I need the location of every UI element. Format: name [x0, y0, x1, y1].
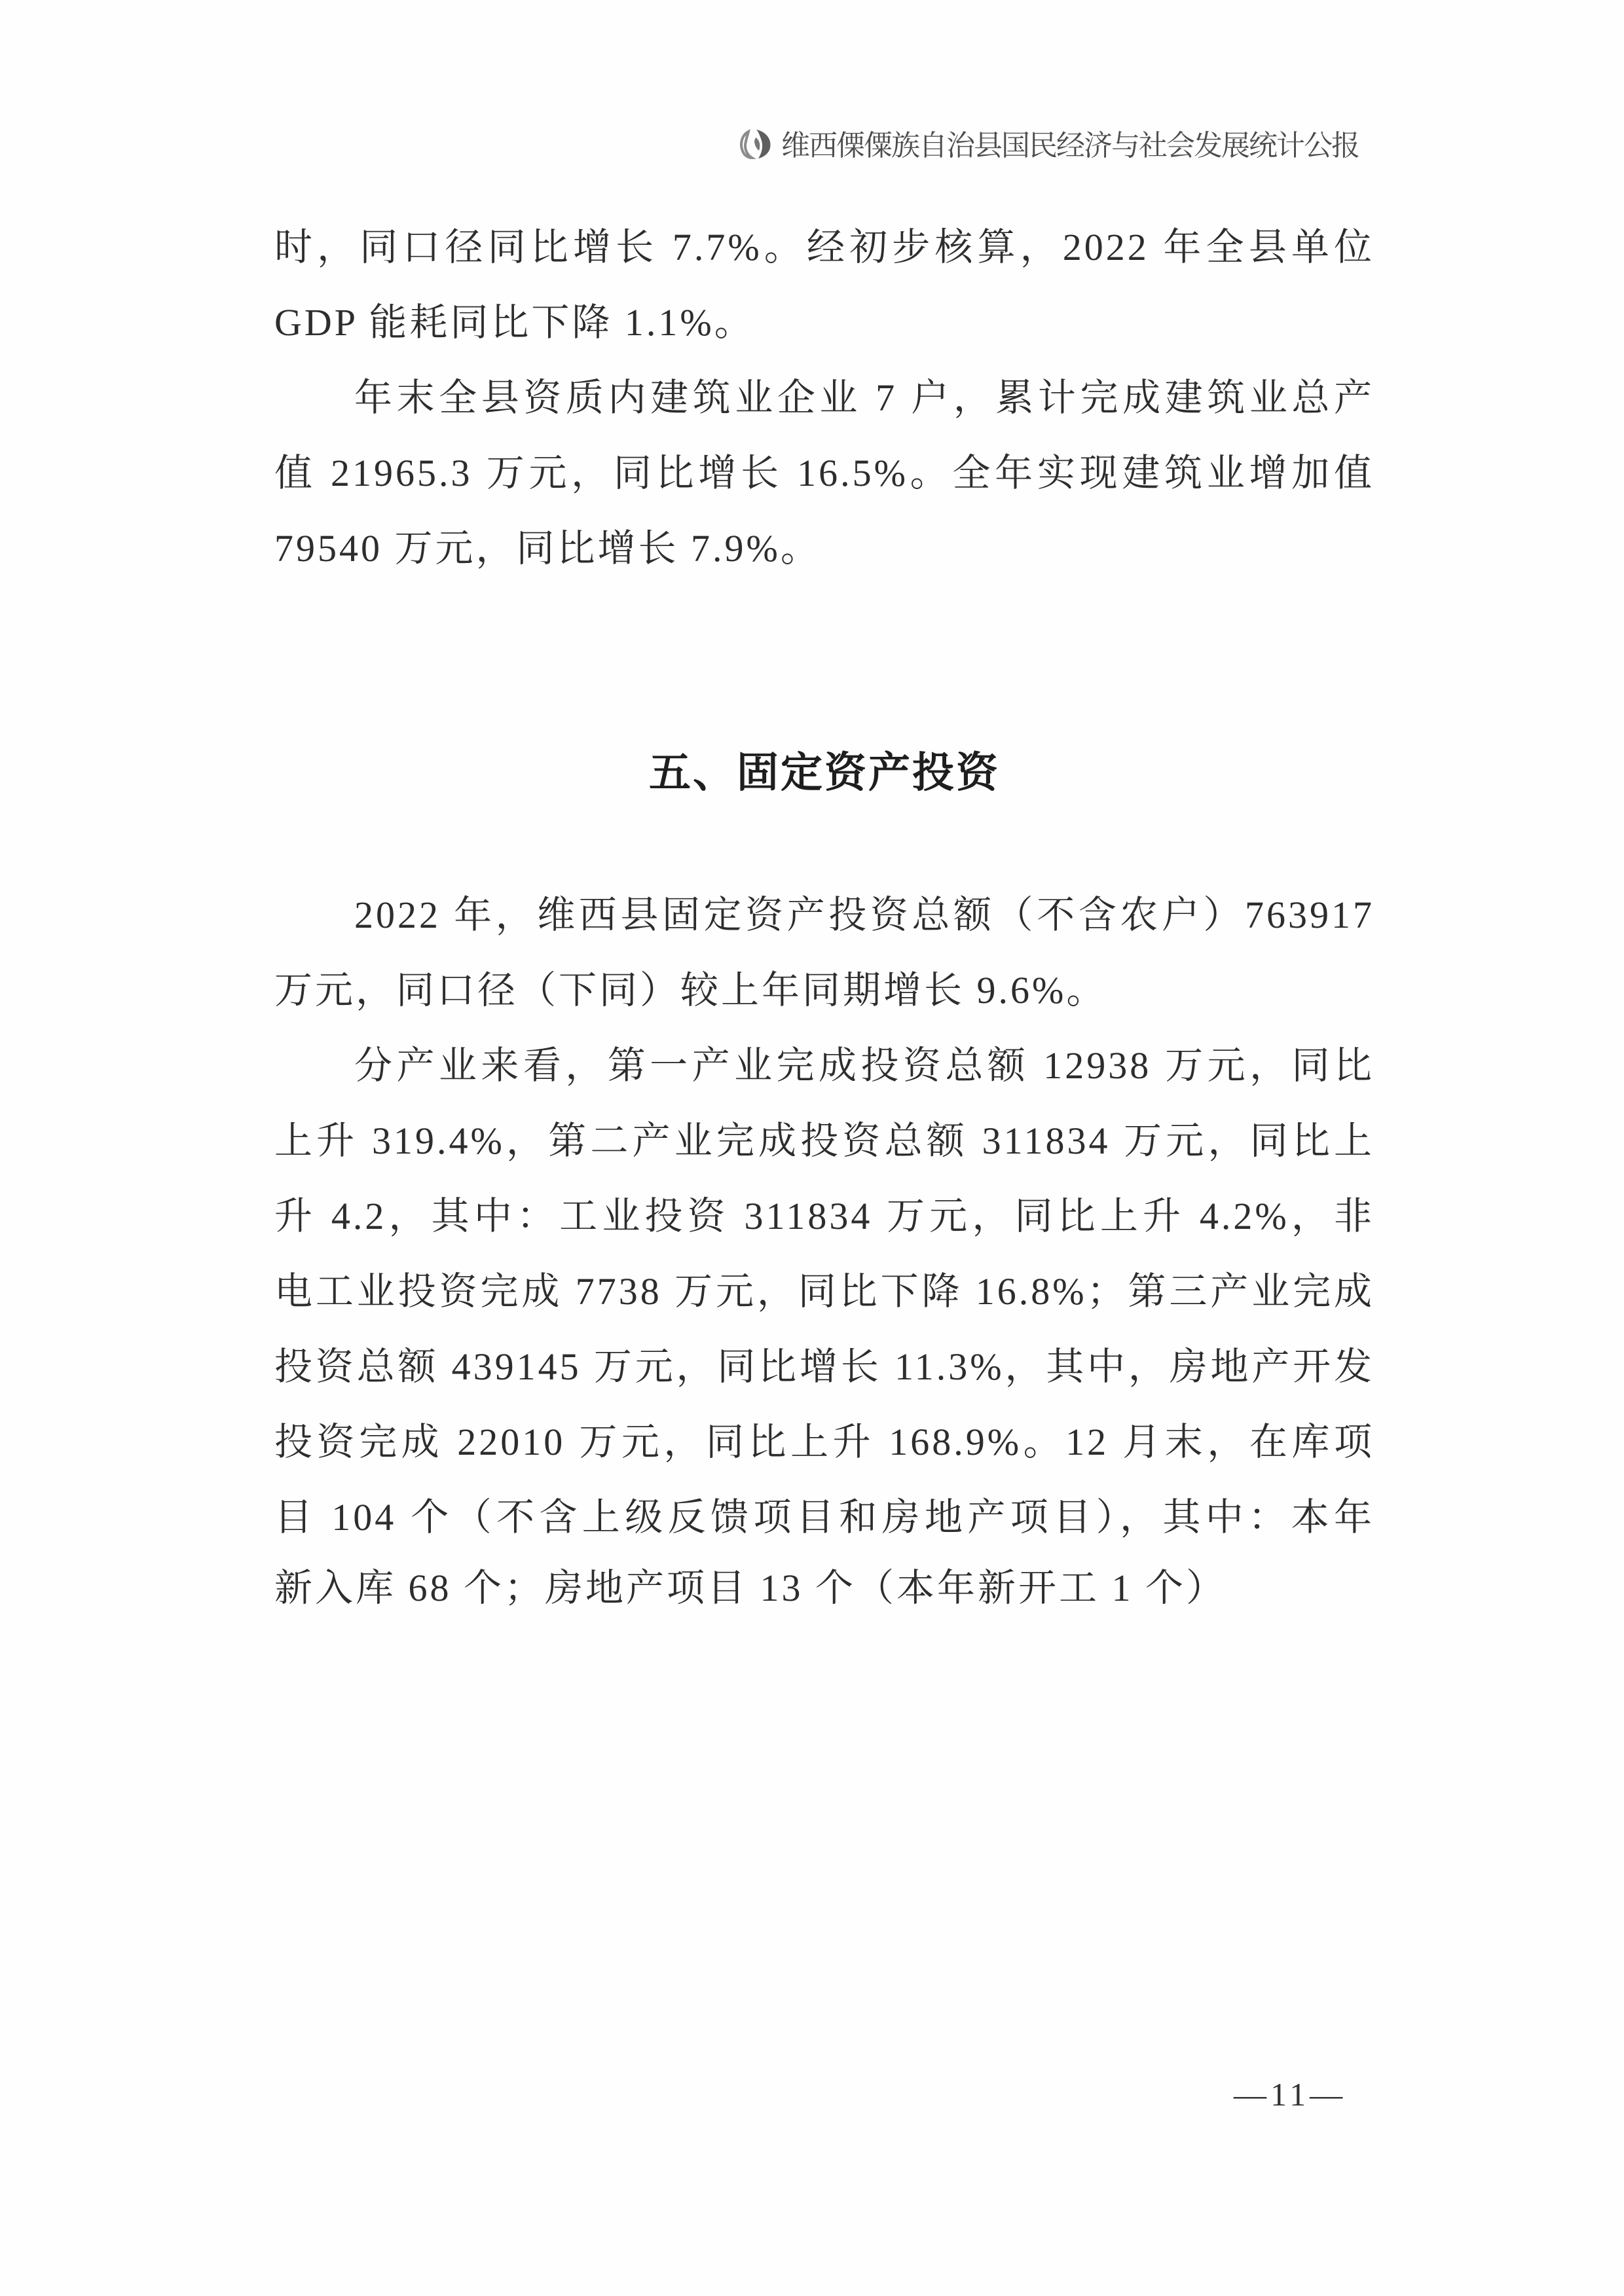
document-page: 维西傈僳族自治县国民经济与社会发展统计公报 时，同口径同比增长 7.7%。经初步… — [0, 0, 1624, 2296]
body-line: 分产业来看，第一产业完成投资总额 12938 万元，同比 — [274, 1045, 1375, 1087]
body-line: 升 4.2，其中：工业投资 311834 万元，同比上升 4.2%，非 — [274, 1195, 1375, 1237]
body-line: 万元，同口径（下同）较上年同期增长 9.6%。 — [274, 970, 1375, 1011]
body-line: 投资总额 439145 万元，同比增长 11.3%，其中，房地产开发 — [274, 1346, 1375, 1388]
body-line: 目 104 个（不含上级反馈项目和房地产项目），其中：本年 — [274, 1497, 1375, 1539]
body-line: GDP 能耗同比下降 1.1%。 — [274, 302, 1375, 344]
body-line: 上升 319.4%，第二产业完成投资总额 311834 万元，同比上 — [274, 1120, 1375, 1162]
swirl-emblem-icon — [738, 128, 775, 163]
body-line: 2022 年，维西县固定资产投资总额（不含农户）763917 — [274, 894, 1375, 936]
header-title: 维西傈僳族自治县国民经济与社会发展统计公报 — [781, 129, 1359, 163]
body-line: 年末全县资质内建筑业企业 7 户，累计完成建筑业总产 — [274, 377, 1375, 419]
body-line: 值 21965.3 万元，同比增长 16.5%。全年实现建筑业增加值 — [274, 452, 1375, 494]
body-line: 电工业投资完成 7738 万元，同比下降 16.8%；第三产业完成 — [274, 1271, 1375, 1313]
page-header: 维西傈僳族自治县国民经济与社会发展统计公报 — [738, 128, 1359, 163]
body-line: 投资完成 22010 万元，同比上升 168.9%。12 月末，在库项 — [274, 1421, 1375, 1463]
body-line: 新入库 68 个；房地产项目 13 个（本年新开工 1 个） — [274, 1567, 1375, 1609]
body-line: 79540 万元，同比增长 7.9%。 — [274, 528, 1375, 570]
page-number: —11— — [1234, 2077, 1346, 2112]
body-line: 时，同口径同比增长 7.7%。经初步核算，2022 年全县单位 — [274, 227, 1375, 268]
section-heading: 五、固定资产投资 — [274, 750, 1375, 795]
